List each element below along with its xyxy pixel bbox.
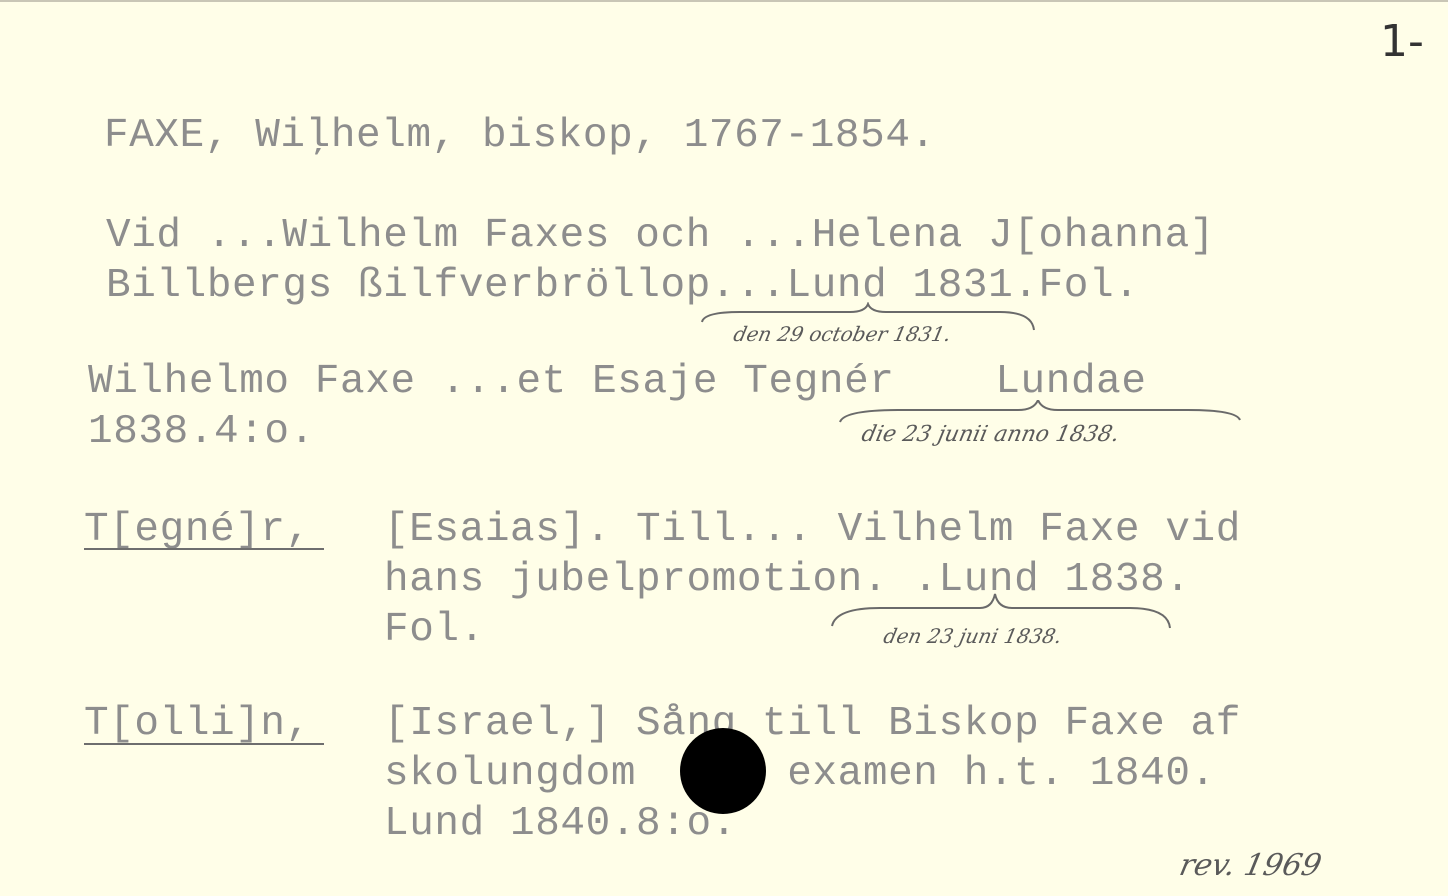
entry-2-annotation: die 23 junii anno 1838. (859, 422, 1121, 447)
entry-2-line-1: Wilhelmo Faxe ...et Esaje Tegnér Lundae (88, 358, 1147, 406)
punch-hole (680, 728, 766, 814)
entry-4-author: T[olli]n, (84, 700, 311, 748)
entry-4-line-1: [Israel,] Sång till Biskop Faxe af (384, 700, 1241, 748)
corner-mark: 1- (1380, 16, 1424, 67)
entry-4-line-3: Lund 1840.8:o. (384, 800, 737, 848)
author-underline (84, 548, 324, 550)
entry-1-annotation: den 29 october 1831. (731, 322, 953, 346)
entry-3-line-1: [Esaias]. Till... Vilhelm Faxe vid (384, 506, 1241, 554)
revision-note: rev. 1969 (1176, 848, 1324, 883)
entry-3-line-3: Fol. (384, 606, 485, 654)
entry-2-line-2: 1838.4:o. (88, 408, 315, 456)
entry-3-author: T[egné]r, (84, 506, 311, 554)
entry-1-line-1: Vid ...Wilhelm Faxes och ...Helena J[oha… (106, 212, 1215, 260)
catalog-card: 1- FAXE, Wiļhelm, biskop, 1767-1854. Vid… (0, 0, 1448, 896)
entry-4-line-2: skolungdom vid examen h.t. 1840. (384, 750, 1216, 798)
author-underline (84, 743, 324, 745)
card-heading: FAXE, Wiļhelm, biskop, 1767-1854. (104, 112, 936, 160)
entry-3-annotation: den 23 juni 1838. (881, 624, 1064, 648)
